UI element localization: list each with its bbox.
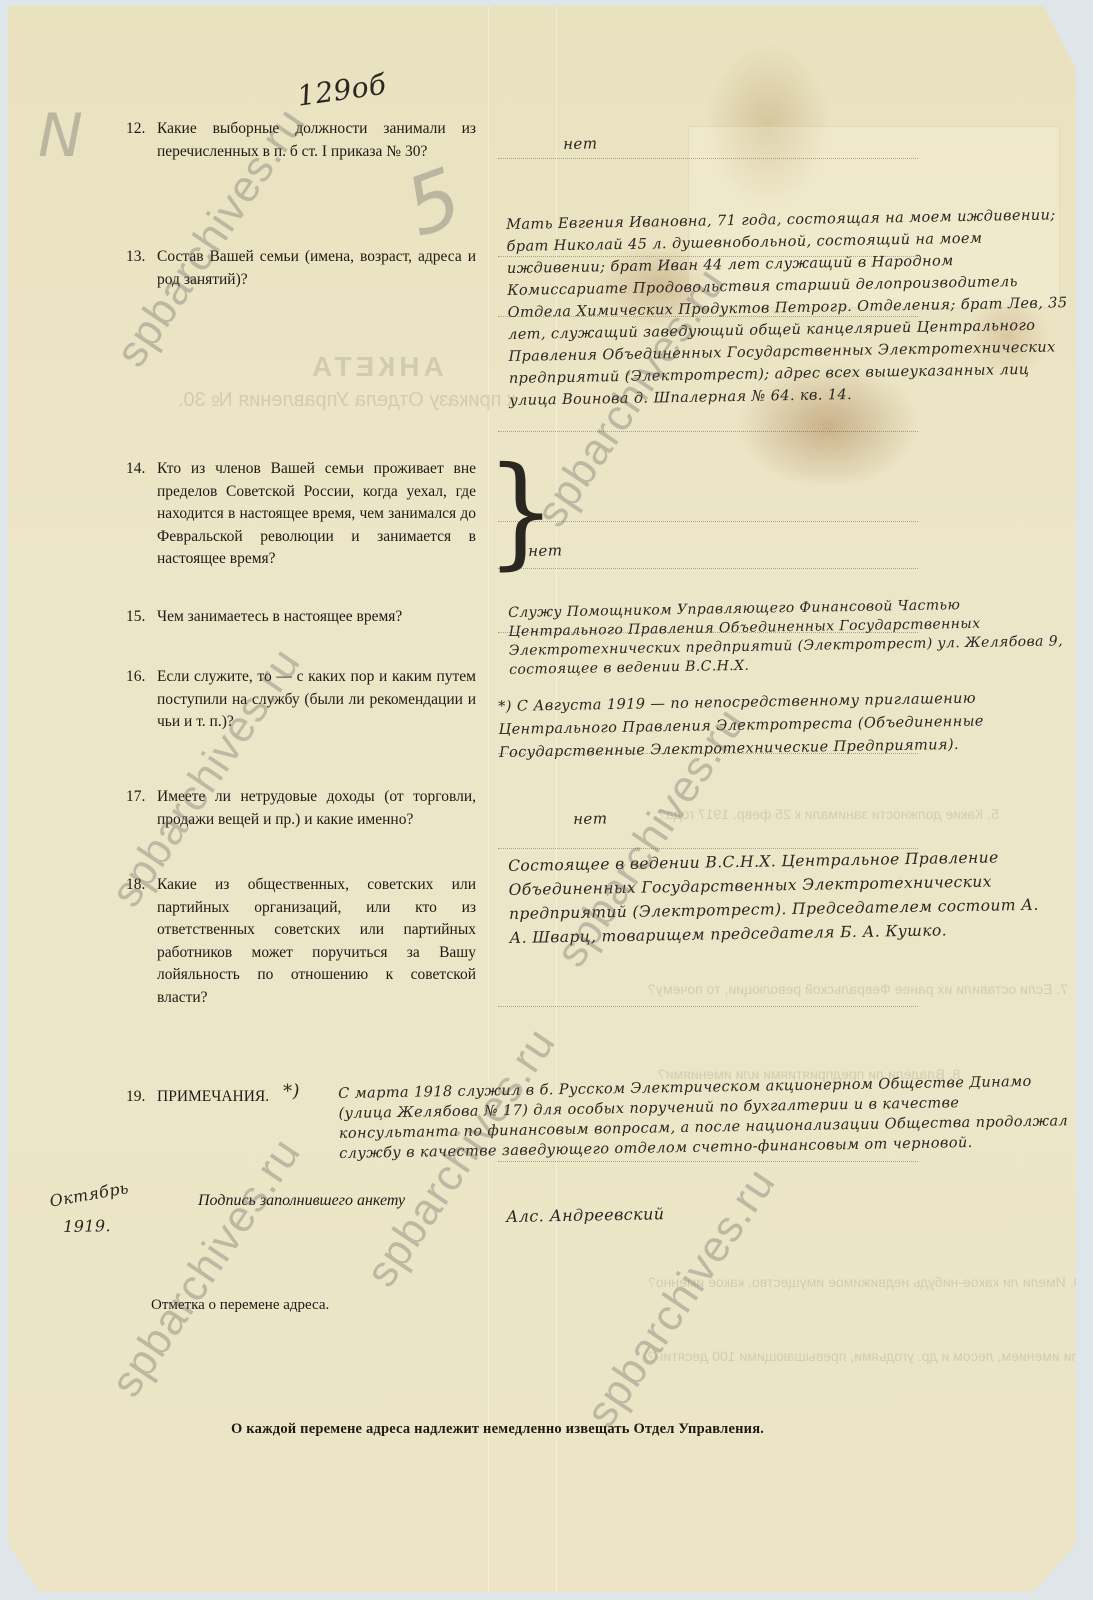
- answer-14: нет: [528, 540, 608, 563]
- answer-line: [498, 1006, 918, 1007]
- margin-date-month: Октябрь: [48, 1177, 130, 1212]
- question-number: 13.: [126, 246, 157, 269]
- question-number: 16.: [126, 666, 157, 689]
- notes-number: 19.: [126, 1086, 157, 1108]
- signature-value: Алс. Андреевский: [506, 1203, 665, 1227]
- ghost-title: АНКЕТА: [308, 351, 444, 383]
- fold-line: [488, 6, 489, 1592]
- answer-16: *) С Августа 1919 — по непосредственному…: [498, 686, 1059, 765]
- watermark: spbarchives.ru: [102, 1129, 311, 1406]
- answer-line: [498, 1161, 918, 1162]
- notes-heading: 19.ПРИМЕЧАНИЯ.: [126, 1086, 269, 1108]
- question-number: 17.: [126, 786, 157, 809]
- pencil-mark: 5: [394, 150, 474, 255]
- question-text: Кто из членов Вашей семьи проживает вне …: [157, 458, 476, 571]
- question-18: 18. Какие из общественных, советских или…: [126, 874, 476, 1009]
- question-text: Чем занимаетесь в настоящее время?: [157, 606, 476, 629]
- question-text: Какие из общественных, советских или пар…: [157, 874, 476, 1009]
- footer-notice: О каждой перемене адреса надлежит немедл…: [231, 1418, 764, 1440]
- ghost-item: 5. Какие должности занимали к 25 февр. 1…: [658, 806, 999, 822]
- question-text: Если служите, то — с каких пор и каким п…: [157, 666, 476, 734]
- archive-number: 129об: [296, 74, 388, 108]
- answer-line: [498, 568, 918, 569]
- question-number: 12.: [126, 118, 157, 141]
- question-text: Какие выборные должности занимали из пер…: [157, 118, 476, 163]
- answer-line: [498, 158, 918, 159]
- notes-label: ПРИМЕЧАНИЯ.: [157, 1088, 269, 1105]
- archival-form-page: АНКЕТА к приказу Отдела Управления № 30.…: [8, 6, 1076, 1592]
- question-number: 15.: [126, 606, 157, 629]
- question-number: 14.: [126, 458, 157, 481]
- question-14: 14. Кто из членов Вашей семьи проживает …: [126, 458, 476, 571]
- question-15: 15. Чем занимаетесь в настоящее время?: [126, 606, 476, 629]
- watermark: spbarchives.ru: [577, 1159, 786, 1436]
- notes-marker: *): [283, 1081, 300, 1103]
- answer-13: Мать Евгения Ивановна, 71 года, состояща…: [506, 204, 1069, 412]
- answer-line: [498, 431, 918, 432]
- ghost-subtitle: к приказу Отдела Управления № 30.: [178, 389, 516, 412]
- margin-date-year: 1919.: [63, 1215, 111, 1237]
- ghost-item: 7. Если оставили их ранее Февральской ре…: [648, 981, 1068, 997]
- answer-15: Служу Помощником Управляющего Финансовой…: [508, 594, 1069, 680]
- pencil-mark: N: [38, 101, 83, 171]
- answer-12: нет: [563, 132, 663, 155]
- ghost-item: 11. Владели ли имением, лесом и др. угод…: [648, 1348, 1093, 1364]
